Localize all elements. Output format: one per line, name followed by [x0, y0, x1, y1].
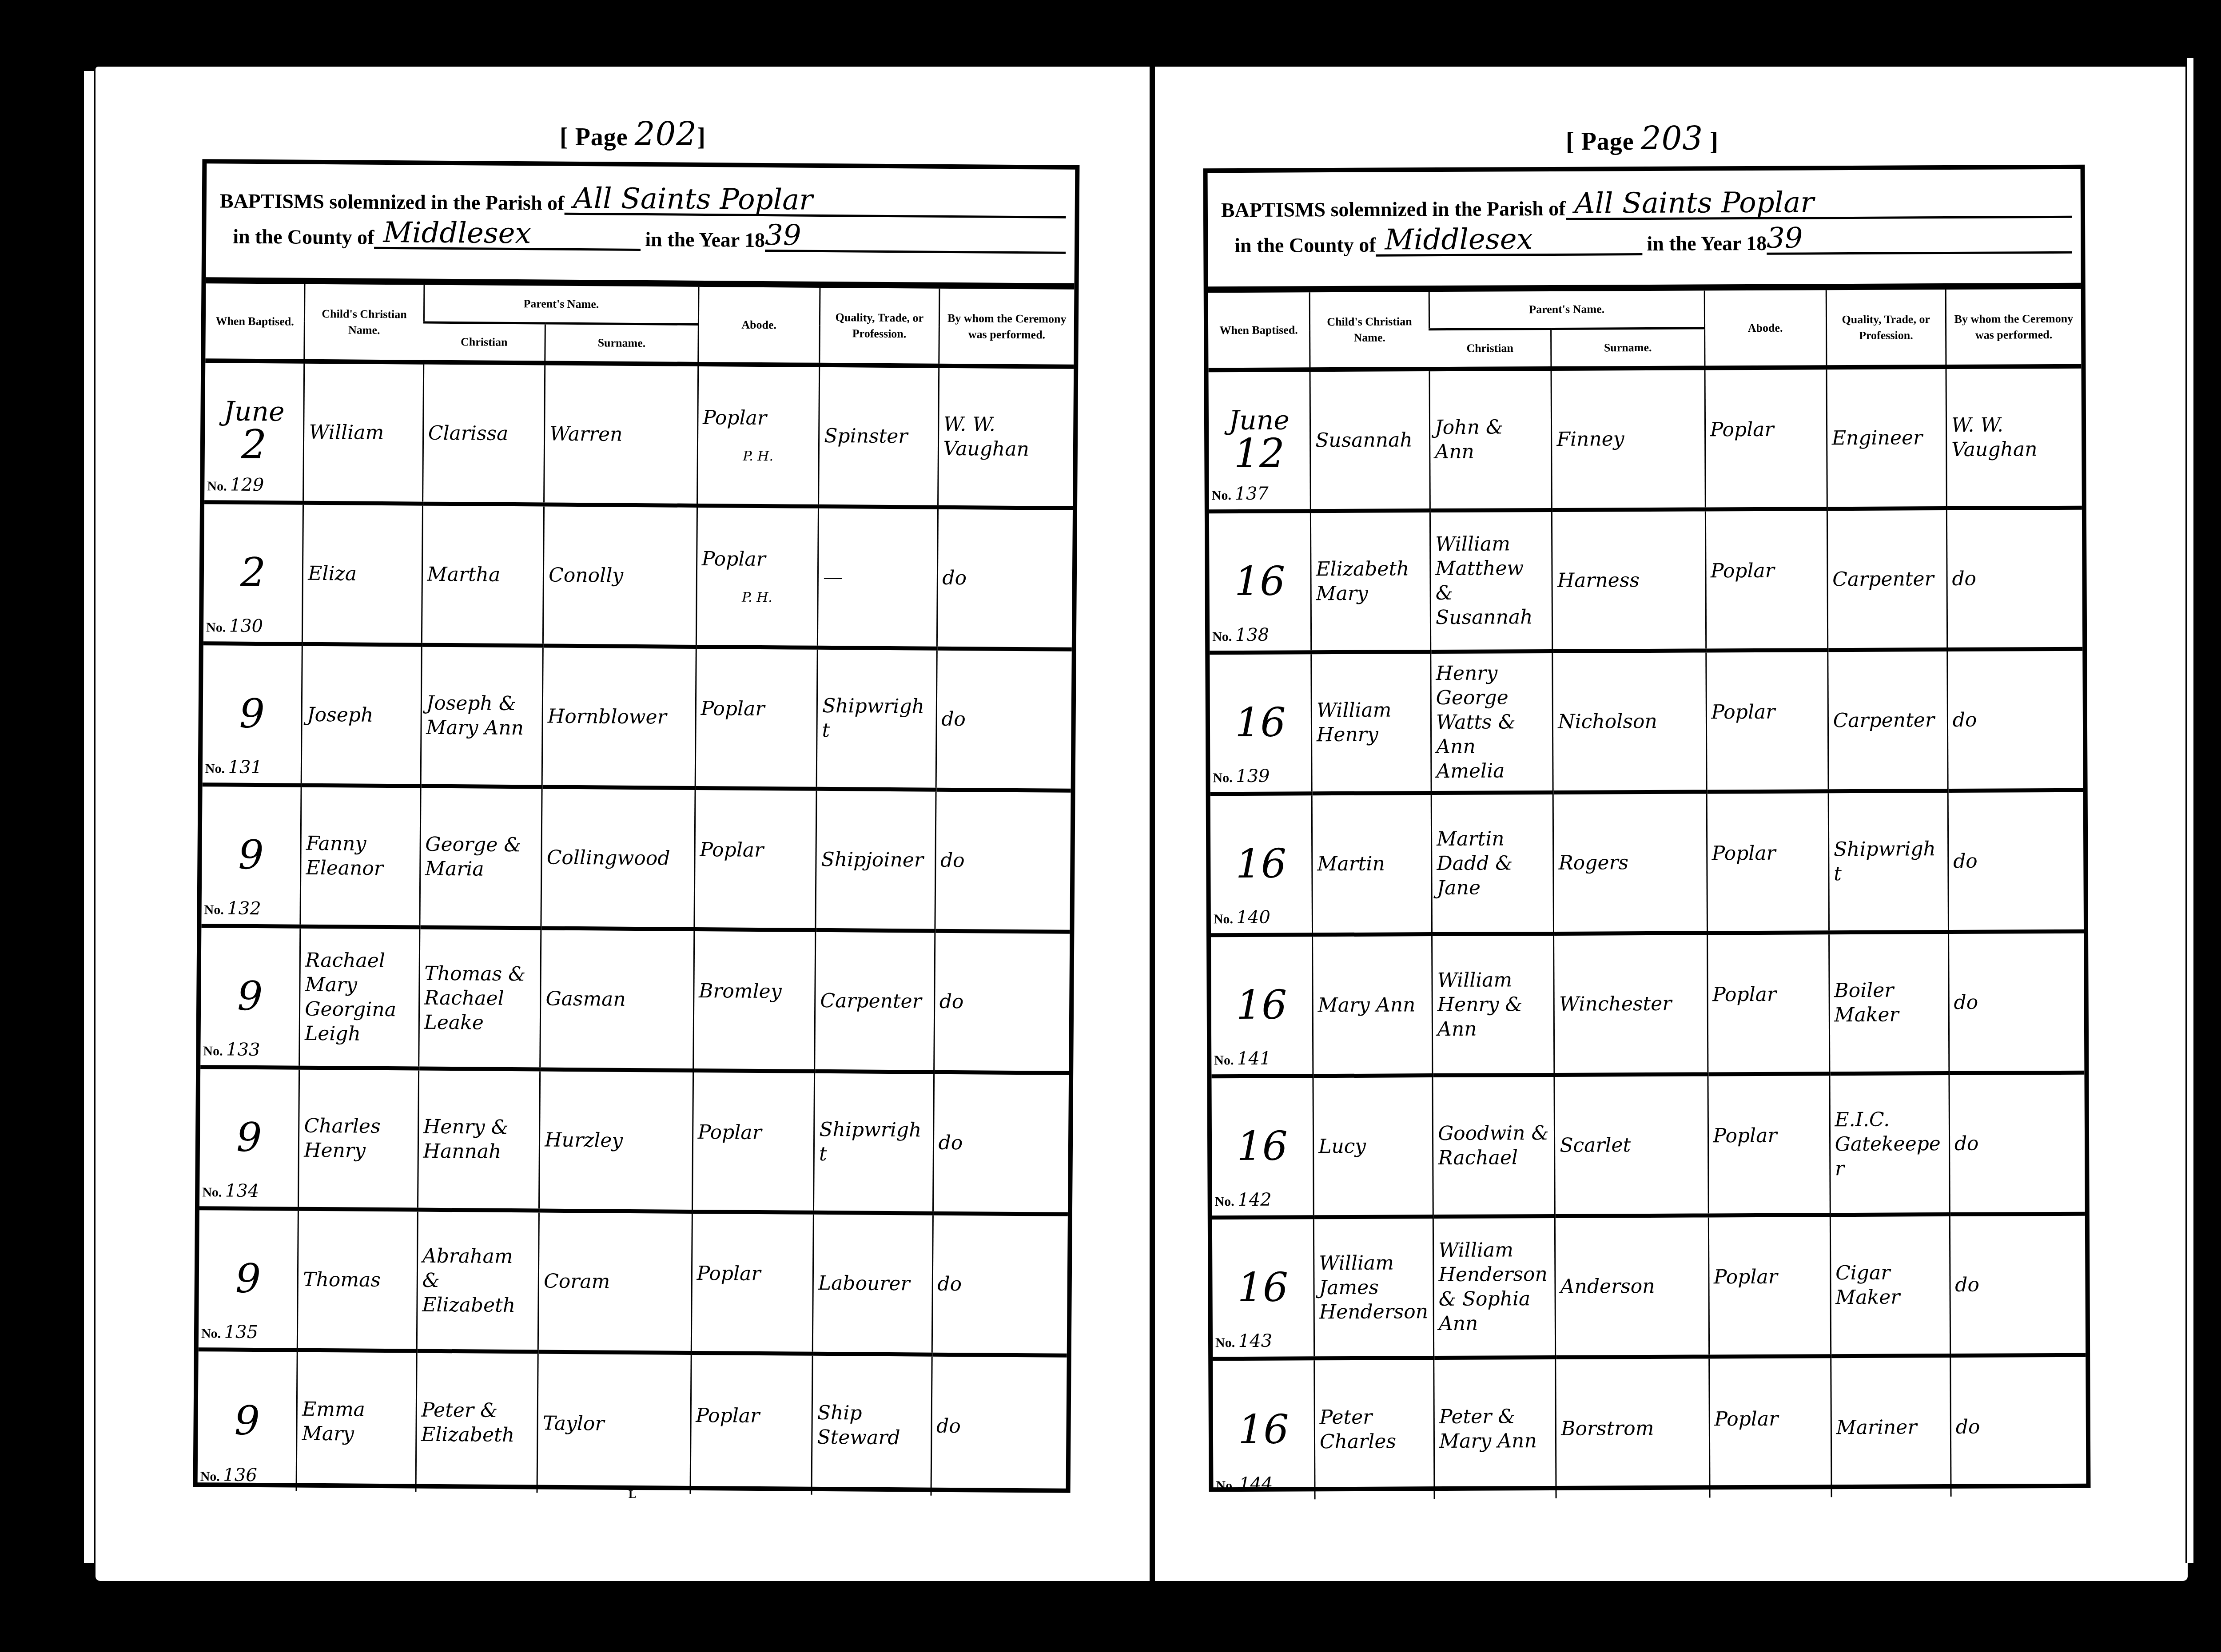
officiant-cell: do	[933, 1072, 1069, 1214]
child-name-cell: Martin	[1312, 793, 1432, 934]
officiant-cell: do	[931, 1354, 1067, 1497]
entry-number-value: 141	[1237, 1048, 1271, 1068]
abode-note	[1712, 1024, 1824, 1025]
abode-note	[697, 1303, 808, 1304]
register-entry: 9 No. 131 Joseph Joseph & Mary Ann Hornb…	[203, 643, 1072, 790]
register-entry: 16 No. 140 Martin Martin Dadd & Jane Rog…	[1210, 790, 2084, 935]
abode-cell: Poplar	[1705, 508, 1828, 650]
entry-number: No. 135	[201, 1321, 258, 1343]
baptism-register-table: BAPTISMS solemnized in the Parish of All…	[1203, 165, 2091, 1492]
col-by-whom: By whom the Ceremony was performed.	[1946, 289, 2081, 367]
parent-christian-cell: Thomas & Rachael Leake	[418, 927, 541, 1069]
page-number: [ Page 202]	[560, 115, 706, 153]
child-name-cell: Peter Charles	[1314, 1358, 1434, 1499]
abode-cell: Poplar	[1704, 367, 1827, 509]
abode-cell: Poplar	[1707, 791, 1829, 933]
parent-surname-cell: Scarlet	[1554, 1074, 1708, 1216]
baptism-day: 16	[1215, 844, 1307, 884]
entry-number-prefix: No.	[1215, 1335, 1235, 1350]
entry-number: No. 134	[202, 1179, 259, 1202]
col-quality: Quality, Trade, or Profession.	[820, 288, 939, 366]
when-baptised-cell: 16 No. 140	[1210, 793, 1313, 935]
col-parent-christian: Christian	[1429, 329, 1552, 369]
officiant-cell: W. W. Vaughan	[1946, 366, 2082, 508]
entry-number-prefix: No.	[1216, 1478, 1235, 1493]
officiant-cell: do	[1948, 790, 2084, 932]
page-label: [ Page	[1566, 128, 1634, 155]
register-heading: BAPTISMS solemnized in the Parish of All…	[1208, 169, 2081, 293]
abode-note	[1712, 742, 1823, 742]
child-name-cell: Rachael Mary Georgina Leigh	[299, 926, 420, 1068]
parish-name: All Saints Poplar	[564, 184, 1066, 218]
entry-number-value: 144	[1239, 1474, 1273, 1494]
county-prefix: in the County of	[1234, 233, 1376, 257]
quality-cell: Carpenter	[1827, 508, 1947, 650]
entry-number-prefix: No.	[205, 761, 225, 776]
year-value: 39	[1767, 223, 2072, 255]
baptism-day: 16	[1216, 985, 1308, 1025]
quality-cell: Engineer	[1827, 367, 1946, 508]
entry-number-prefix: No.	[1214, 1053, 1234, 1068]
abode-note	[1710, 459, 1822, 460]
abode-cell: PoplarP. H.	[697, 364, 820, 506]
when-baptised-cell: June 12 No. 137	[1208, 369, 1310, 511]
year-prefix: in the Year 18	[645, 227, 765, 252]
parent-christian-cell: John & Ann	[1429, 369, 1552, 510]
quality-cell: Shipjoiner	[816, 789, 936, 931]
officiant-cell: do	[1950, 1355, 2086, 1497]
col-abode: Abode.	[1704, 290, 1827, 368]
officiant-cell: do	[935, 790, 1071, 932]
parent-christian-cell: Martin Dadd & Jane	[1431, 792, 1554, 934]
when-baptised-cell: 16 No. 142	[1211, 1076, 1313, 1217]
baptism-day: 16	[1214, 561, 1306, 602]
when-baptised-cell: 9 No. 135	[199, 1208, 299, 1350]
officiant-cell: do	[1948, 931, 2084, 1073]
register-table: When Baptised. Child's Christian Name. P…	[198, 283, 1075, 1497]
quality-cell: Shipwright	[1828, 790, 1948, 932]
entry-number-value: 129	[230, 474, 264, 495]
entry-number-value: 142	[1238, 1189, 1272, 1210]
when-baptised-cell: 9 No. 131	[203, 643, 303, 785]
child-name-cell: Thomas	[298, 1209, 418, 1351]
parent-surname-cell: Finney	[1551, 368, 1705, 510]
officiant-cell: do	[934, 931, 1070, 1073]
register-table: When Baptised. Child's Christian Name. P…	[1208, 289, 2086, 1500]
entry-number-value: 134	[225, 1180, 259, 1201]
parent-christian-cell: Henry George Watts & Ann Amelia	[1431, 651, 1553, 793]
entry-number: No. 130	[206, 615, 263, 637]
officiant-cell: do	[1950, 1214, 2086, 1355]
baptism-day: 2	[208, 552, 298, 593]
col-abode: Abode.	[698, 287, 820, 365]
entry-number: No. 132	[204, 897, 261, 920]
col-by-whom: By whom the Ceremony was performed.	[939, 289, 1074, 367]
when-baptised-cell: 9 No. 132	[201, 784, 301, 926]
parent-surname-cell: Collingwood	[541, 787, 695, 929]
abode-value: Poplar	[1712, 842, 1776, 865]
child-name-cell: William James Henderson	[1313, 1216, 1433, 1358]
parent-surname-cell: Warren	[544, 363, 698, 505]
abode-cell: Poplar	[690, 1353, 813, 1495]
abode-value: Poplar	[702, 548, 766, 571]
quality-cell: —	[817, 506, 938, 648]
entry-number: No. 137	[1212, 482, 1269, 505]
abode-cell: Poplar	[694, 788, 817, 930]
year-value: 39	[765, 221, 1066, 254]
register-entry: June 12 No. 137 Susannah John & Ann Finn…	[1208, 366, 2082, 512]
parent-christian-cell: George & Maria	[420, 786, 542, 928]
parent-surname-cell: Harness	[1552, 509, 1706, 651]
register-entry: 16 No. 141 Mary Ann William Henry & Ann …	[1211, 931, 2084, 1076]
parent-christian-cell: Peter & Mary Ann	[1434, 1357, 1556, 1499]
parent-christian-cell: Henry & Hannah	[418, 1068, 540, 1211]
abode-note	[1712, 883, 1823, 883]
quality-cell: Shipwright	[814, 1071, 934, 1213]
abode-value: Poplar	[1714, 1265, 1778, 1288]
entry-number-prefix: No.	[203, 1044, 223, 1058]
abode-cell: Poplar	[1708, 1073, 1830, 1215]
col-child-name: Child's Christian Name.	[1310, 292, 1429, 369]
entry-number-prefix: No.	[207, 479, 227, 493]
baptism-day: 16	[1214, 703, 1306, 743]
parent-surname-cell: Coram	[538, 1210, 692, 1352]
page-label: [ Page	[560, 123, 628, 151]
when-baptised-cell: 2 No. 130	[203, 502, 303, 644]
entry-number-value: 130	[229, 616, 263, 636]
baptism-day: 9	[207, 694, 297, 734]
officiant-cell: W. W. Vaughan	[938, 366, 1074, 508]
entry-number: No. 138	[1212, 623, 1269, 646]
when-baptised-cell: 16 No. 138	[1209, 511, 1311, 652]
parent-surname-cell: Gasman	[540, 928, 694, 1070]
col-parent-surname: Surname.	[545, 323, 698, 364]
entry-number-prefix: No.	[1213, 770, 1232, 785]
abode-value: Bromley	[699, 979, 782, 1002]
abode-cell: Poplar	[691, 1211, 814, 1354]
abode-note	[696, 1445, 807, 1446]
register-entry: 9 No. 134 Charles Henry Henry & Hannah H…	[199, 1067, 1069, 1214]
col-quality: Quality, Trade, or Profession.	[1826, 290, 1946, 367]
register-entry: 2 No. 130 Eliza Martha Conolly PoplarP. …	[203, 502, 1073, 649]
abode-note: P. H.	[702, 448, 814, 465]
parent-christian-cell: Martha	[422, 504, 544, 646]
when-baptised-cell: 9 No. 134	[199, 1067, 299, 1209]
abode-value: Poplar	[696, 1404, 760, 1427]
entry-number-value: 143	[1238, 1330, 1273, 1351]
child-name-cell: Joseph	[301, 644, 422, 786]
child-name-cell: Eliza	[303, 503, 423, 645]
abode-value: Poplar	[1713, 1124, 1777, 1147]
abode-note	[699, 1021, 810, 1021]
when-baptised-cell: 16 No. 144	[1213, 1358, 1315, 1500]
entry-number-value: 133	[226, 1039, 260, 1060]
page-bracket: ]	[1710, 128, 1719, 155]
entry-number-prefix: No.	[206, 620, 226, 635]
parent-surname-cell: Hornblower	[542, 646, 696, 788]
child-name-cell: Emma Mary	[296, 1350, 417, 1492]
col-parent-christian: Christian	[424, 322, 545, 363]
officiant-cell: do	[1947, 649, 2083, 790]
baptism-day: 9	[206, 835, 296, 875]
title-prefix: BAPTISMS solemnized in the Parish of	[220, 189, 565, 214]
abode-cell: Poplar	[695, 647, 818, 789]
page-number-value: 202	[635, 115, 697, 153]
year-prefix: in the Year 18	[1647, 231, 1767, 255]
when-baptised-cell: 16 No. 143	[1212, 1217, 1314, 1358]
entry-number: No. 143	[1215, 1330, 1272, 1352]
abode-value: Poplar	[701, 697, 764, 720]
baptism-day: 12	[1213, 434, 1305, 474]
col-parent-surname: Surname.	[1551, 328, 1705, 369]
parent-christian-cell: William Matthew & Susannah	[1430, 510, 1552, 651]
entry-number: No. 129	[207, 473, 264, 496]
entry-number: No. 144	[1216, 1473, 1273, 1496]
child-name-cell: Charles Henry	[299, 1068, 419, 1210]
col-child-name: Child's Christian Name.	[304, 284, 424, 362]
baptism-day: 16	[1217, 1267, 1309, 1308]
abode-value: Poplar	[1711, 700, 1775, 723]
abode-value: Poplar	[1710, 418, 1774, 441]
abode-cell: Poplar	[1707, 932, 1830, 1074]
baptism-day: 16	[1216, 1126, 1308, 1167]
abode-value: Poplar	[1712, 983, 1776, 1006]
entry-number-value: 137	[1234, 483, 1269, 504]
entry-number-value: 138	[1235, 624, 1270, 645]
entry-number-value: 139	[1236, 766, 1270, 786]
parent-surname-cell: Winchester	[1554, 933, 1708, 1075]
left-page-edge	[82, 71, 96, 1563]
when-baptised-cell: June 2 No. 129	[204, 361, 304, 503]
register-entry: 9 No. 135 Thomas Abraham & Elizabeth Cor…	[199, 1208, 1068, 1355]
entry-number-prefix: No.	[1215, 1194, 1234, 1209]
parent-christian-cell: Goodwin & Rachael	[1433, 1075, 1555, 1216]
entry-number: No. 139	[1213, 765, 1270, 787]
abode-note	[1714, 1307, 1825, 1307]
register-entry: 16 No. 138 Elizabeth Mary William Matthe…	[1209, 508, 2082, 653]
abode-value: Poplar	[697, 1262, 760, 1285]
abode-value: Poplar	[1714, 1407, 1778, 1430]
register-entry: 16 No. 143 William James Henderson Willi…	[1212, 1214, 2086, 1359]
quality-cell: Shipwright	[816, 647, 937, 790]
child-name-cell: William Henry	[1311, 651, 1431, 793]
county-name: Middlesex	[374, 218, 641, 251]
when-baptised-cell: 16 No. 139	[1210, 652, 1312, 794]
register-entry: 16 No. 144 Peter Charles Peter & Mary An…	[1213, 1355, 2086, 1500]
parent-surname-cell: Borstrom	[1556, 1356, 1710, 1498]
col-when-baptised: When Baptised.	[1208, 292, 1310, 370]
child-name-cell: Lucy	[1313, 1075, 1433, 1217]
abode-cell: Poplar	[692, 1070, 815, 1212]
entry-number-value: 131	[228, 757, 262, 778]
parish-name: All Saints Poplar	[1565, 187, 2072, 220]
when-baptised-cell: 9 No. 136	[198, 1349, 298, 1491]
entry-number-prefix: No.	[1212, 488, 1231, 503]
col-parents-name: Parent's Name.	[1429, 290, 1704, 329]
col-parents-name: Parent's Name.	[424, 285, 698, 325]
parent-surname-cell: Rogers	[1553, 791, 1707, 933]
abode-note	[701, 739, 812, 739]
abode-cell: Poplar	[1708, 1215, 1831, 1356]
entry-number: No. 142	[1215, 1188, 1272, 1211]
page-bracket: ]	[697, 123, 706, 151]
entry-number-value: 140	[1236, 907, 1270, 927]
abode-value: Poplar	[698, 1120, 762, 1144]
right-page: [ Page 203 ] BAPTISMS solemnized in the …	[1166, 67, 2188, 1581]
abode-note	[1713, 1165, 1825, 1166]
child-name-cell: William	[303, 361, 424, 504]
county-prefix: in the County of	[233, 225, 374, 249]
entry-number: No. 131	[205, 756, 262, 778]
register-entry: 16 No. 139 William Henry Henry George Wa…	[1210, 649, 2083, 794]
baptism-day: 9	[202, 1401, 292, 1441]
baptism-day: 16	[1218, 1410, 1310, 1450]
parent-surname-cell: Taylor	[537, 1351, 691, 1493]
quality-cell: Boiler Maker	[1829, 932, 1949, 1073]
entry-number-prefix: No.	[1212, 629, 1232, 644]
abode-note: P. H.	[701, 589, 813, 606]
when-baptised-cell: 16 No. 141	[1211, 934, 1313, 1076]
parent-surname-cell: Anderson	[1555, 1215, 1709, 1357]
right-page-edge	[2185, 58, 2193, 1563]
officiant-cell: do	[936, 648, 1072, 790]
parent-christian-cell: Abraham & Elizabeth	[417, 1210, 539, 1352]
signature-mark: L	[629, 1488, 636, 1501]
quality-cell: Carpenter	[1827, 649, 1947, 791]
baptism-register-table: BAPTISMS solemnized in the Parish of All…	[193, 159, 1080, 1493]
officiant-cell: do	[932, 1213, 1068, 1355]
abode-cell: Poplar	[1706, 650, 1828, 791]
baptism-day: 9	[205, 976, 295, 1017]
quality-cell: Labourer	[812, 1212, 933, 1354]
quality-cell: Spinster	[819, 365, 939, 507]
abode-cell: Poplar	[1709, 1356, 1831, 1497]
parent-surname-cell: Nicholson	[1552, 650, 1707, 792]
quality-cell: Mariner	[1831, 1355, 1950, 1497]
quality-cell: Cigar Maker	[1830, 1214, 1950, 1356]
baptism-day: 9	[204, 1117, 294, 1158]
register-entry: 9 No. 133 Rachael Mary Georgina Leigh Th…	[200, 925, 1070, 1073]
parent-surname-cell: Conolly	[543, 504, 697, 647]
spine-fold	[1150, 67, 1155, 1581]
child-name-cell: Mary Ann	[1313, 934, 1433, 1076]
quality-cell: Carpenter	[815, 930, 935, 1072]
entry-number: No. 141	[1214, 1047, 1271, 1070]
register-entry: 16 No. 142 Lucy Goodwin & Rachael Scarle…	[1211, 1072, 2085, 1218]
abode-note	[700, 879, 811, 880]
abode-note	[1711, 600, 1822, 601]
parent-christian-cell: William Henderson & Sophia Ann	[1433, 1216, 1556, 1358]
parent-surname-cell: Hurzley	[539, 1069, 693, 1211]
when-baptised-cell: 9 No. 133	[200, 925, 300, 1068]
quality-cell: E.I.C. Gatekeeper	[1830, 1073, 1950, 1215]
officiant-cell: do	[1946, 508, 2082, 649]
col-when-baptised: When Baptised.	[205, 283, 305, 361]
entry-number-value: 135	[224, 1322, 259, 1342]
officiant-cell: do	[1949, 1072, 2085, 1214]
child-name-cell: Fanny Eleanor	[300, 785, 421, 927]
entry-number-prefix: No.	[204, 902, 224, 917]
register-heading: BAPTISMS solemnized in the Parish of All…	[206, 163, 1075, 290]
parent-christian-cell: Joseph & Mary Ann	[421, 645, 543, 787]
title-prefix: BAPTISMS solemnized in the Parish of	[1221, 197, 1566, 222]
left-page: [ Page 202] BAPTISMS solemnized in the P…	[96, 67, 1148, 1581]
officiant-cell: do	[937, 507, 1073, 649]
entry-number: No. 133	[203, 1038, 260, 1061]
entry-number: No. 140	[1214, 906, 1270, 929]
entry-number-prefix: No.	[201, 1326, 221, 1341]
abode-note	[697, 1162, 808, 1163]
abode-value: Poplar	[703, 406, 767, 429]
child-name-cell: Susannah	[1310, 369, 1430, 511]
abode-cell: PoplarP. H.	[696, 505, 819, 647]
abode-cell: Bromley	[693, 929, 816, 1071]
entry-number-prefix: No.	[1214, 912, 1233, 926]
entry-number-value: 132	[227, 898, 261, 919]
county-name: Middlesex	[1376, 225, 1642, 257]
register-entry: 9 No. 136 Emma Mary Peter & Elizabeth Ta…	[198, 1349, 1067, 1497]
entry-number: No. 136	[200, 1464, 257, 1486]
parent-christian-cell: William Henry & Ann	[1432, 933, 1555, 1075]
parent-christian-cell: Peter & Elizabeth	[416, 1351, 538, 1493]
abode-note	[1715, 1449, 1826, 1449]
baptism-day: 2	[209, 425, 299, 465]
entry-number-value: 136	[223, 1465, 257, 1486]
register-entry: 9 No. 132 Fanny Eleanor George & Maria C…	[201, 784, 1071, 932]
quality-cell: Ship Steward	[812, 1354, 932, 1496]
abode-value: Poplar	[700, 838, 764, 861]
baptism-day: 9	[203, 1259, 293, 1299]
child-name-cell: Elizabeth Mary	[1310, 510, 1430, 652]
page-number: [ Page 203 ]	[1566, 120, 1719, 157]
register-entry: June 2 No. 129 William Clarissa Warren P…	[204, 361, 1074, 508]
entry-number-prefix: No.	[202, 1185, 222, 1199]
page-number-value: 203	[1641, 120, 1703, 157]
abode-value: Poplar	[1711, 559, 1775, 582]
entry-number-prefix: No.	[200, 1469, 220, 1484]
parent-christian-cell: Clarissa	[422, 362, 545, 504]
